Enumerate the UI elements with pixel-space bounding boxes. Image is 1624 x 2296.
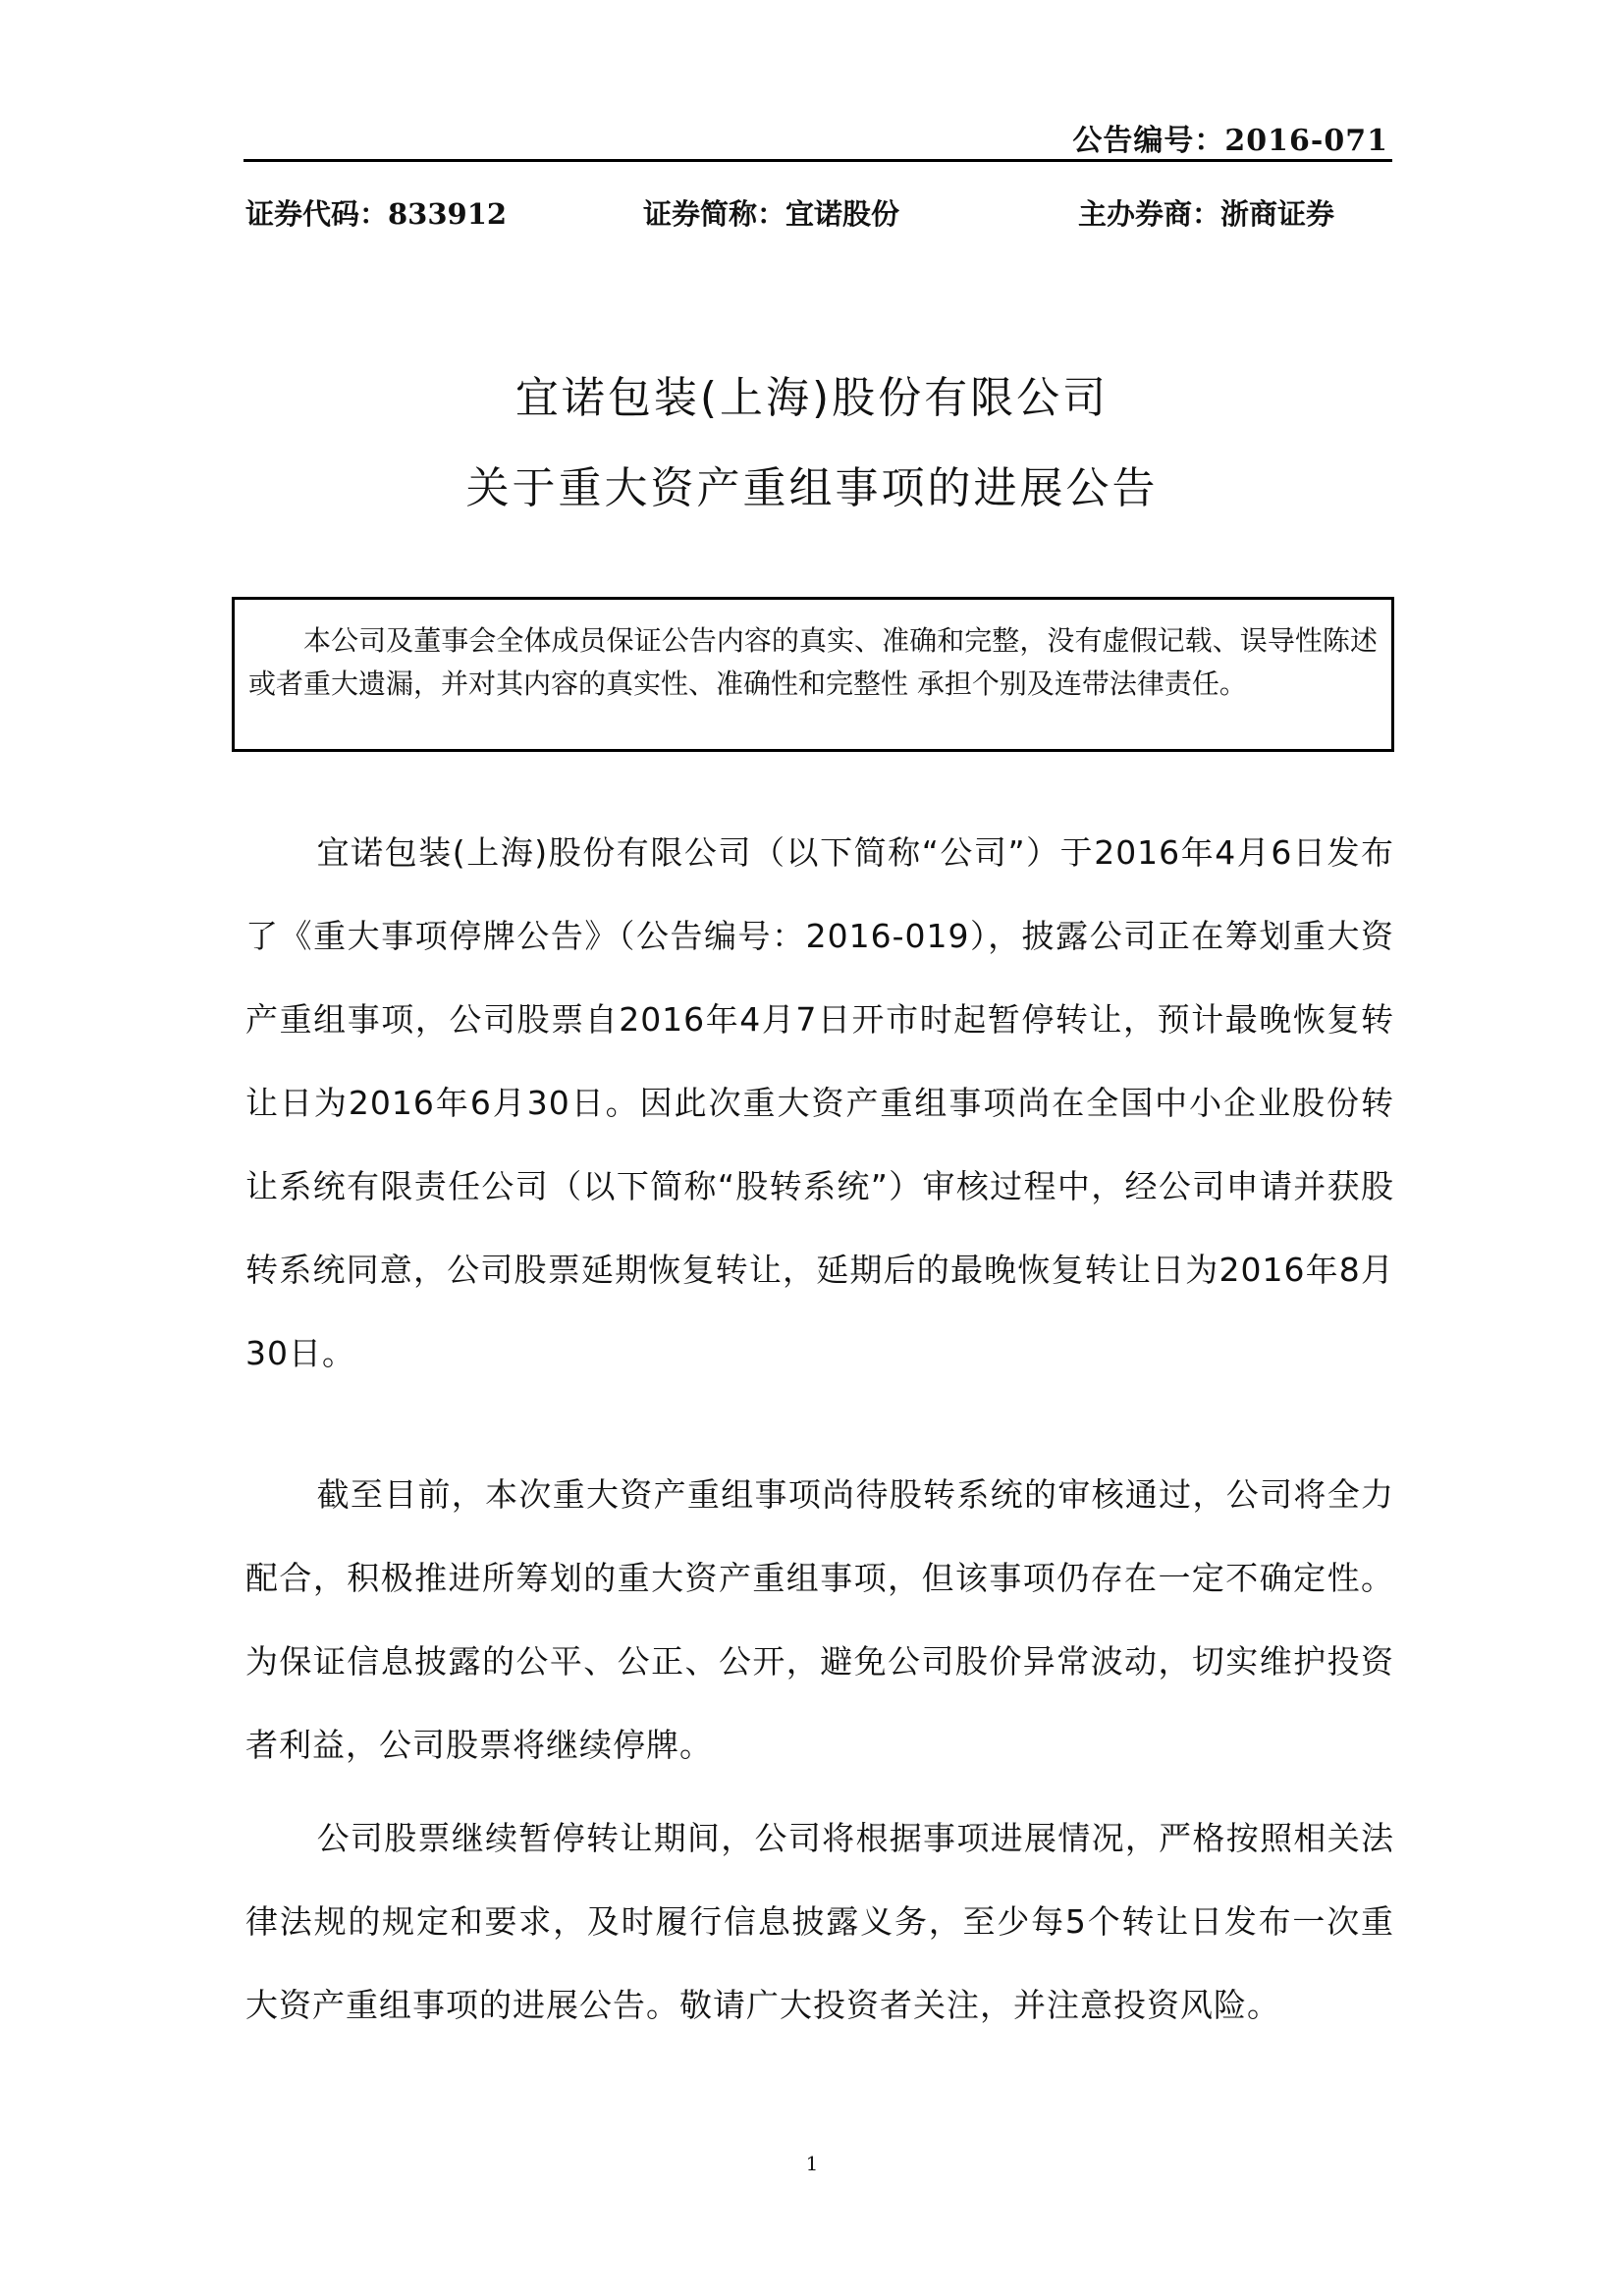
paragraph-text: 截至目前，本次重大资产重组事项尚待股转系统的审核通过，公司将全力配合，积极推进所… <box>245 1453 1394 1787</box>
disclaimer-text: 本公司及董事会全体成员保证公告内容的真实、准确和完整，没有虚假记载、误导性陈述或… <box>248 619 1378 706</box>
body-paragraph-3: 公司股票继续暂停转让期间，公司将根据事项进展情况，严格按照相关法律法规的规定和要… <box>245 1796 1394 2047</box>
body-paragraph-2: 截至目前，本次重大资产重组事项尚待股转系统的审核通过，公司将全力配合，积极推进所… <box>245 1453 1394 1787</box>
header-rule <box>244 159 1392 162</box>
document-title: 宜诺包装(上海)股份有限公司 关于重大资产重组事项的进展公告 <box>0 353 1624 534</box>
stock-abbreviation: 证券简称：宜诺股份 <box>643 192 899 233</box>
announcement-number: 公告编号：2016-071 <box>1072 116 1388 159</box>
title-subject: 关于重大资产重组事项的进展公告 <box>0 444 1624 534</box>
stock-meta-row: 证券代码：833912 证券简称：宜诺股份 主办券商：浙商证券 <box>245 192 1394 240</box>
sponsor-broker: 主办券商：浙商证券 <box>1078 192 1334 233</box>
paragraph-text: 宜诺包装(上海)股份有限公司（以下简称“公司”）于2016年4月6日发布了《重大… <box>245 811 1394 1395</box>
title-company: 宜诺包装(上海)股份有限公司 <box>0 353 1624 444</box>
stock-code: 证券代码：833912 <box>245 192 507 233</box>
paragraph-text: 公司股票继续暂停转让期间，公司将根据事项进展情况，严格按照相关法律法规的规定和要… <box>245 1796 1394 2047</box>
body-paragraph-1: 宜诺包装(上海)股份有限公司（以下简称“公司”）于2016年4月6日发布了《重大… <box>245 811 1394 1395</box>
disclaimer-box: 本公司及董事会全体成员保证公告内容的真实、准确和完整，没有虚假记载、误导性陈述或… <box>232 597 1394 752</box>
page-number: 1 <box>0 2152 1624 2175</box>
